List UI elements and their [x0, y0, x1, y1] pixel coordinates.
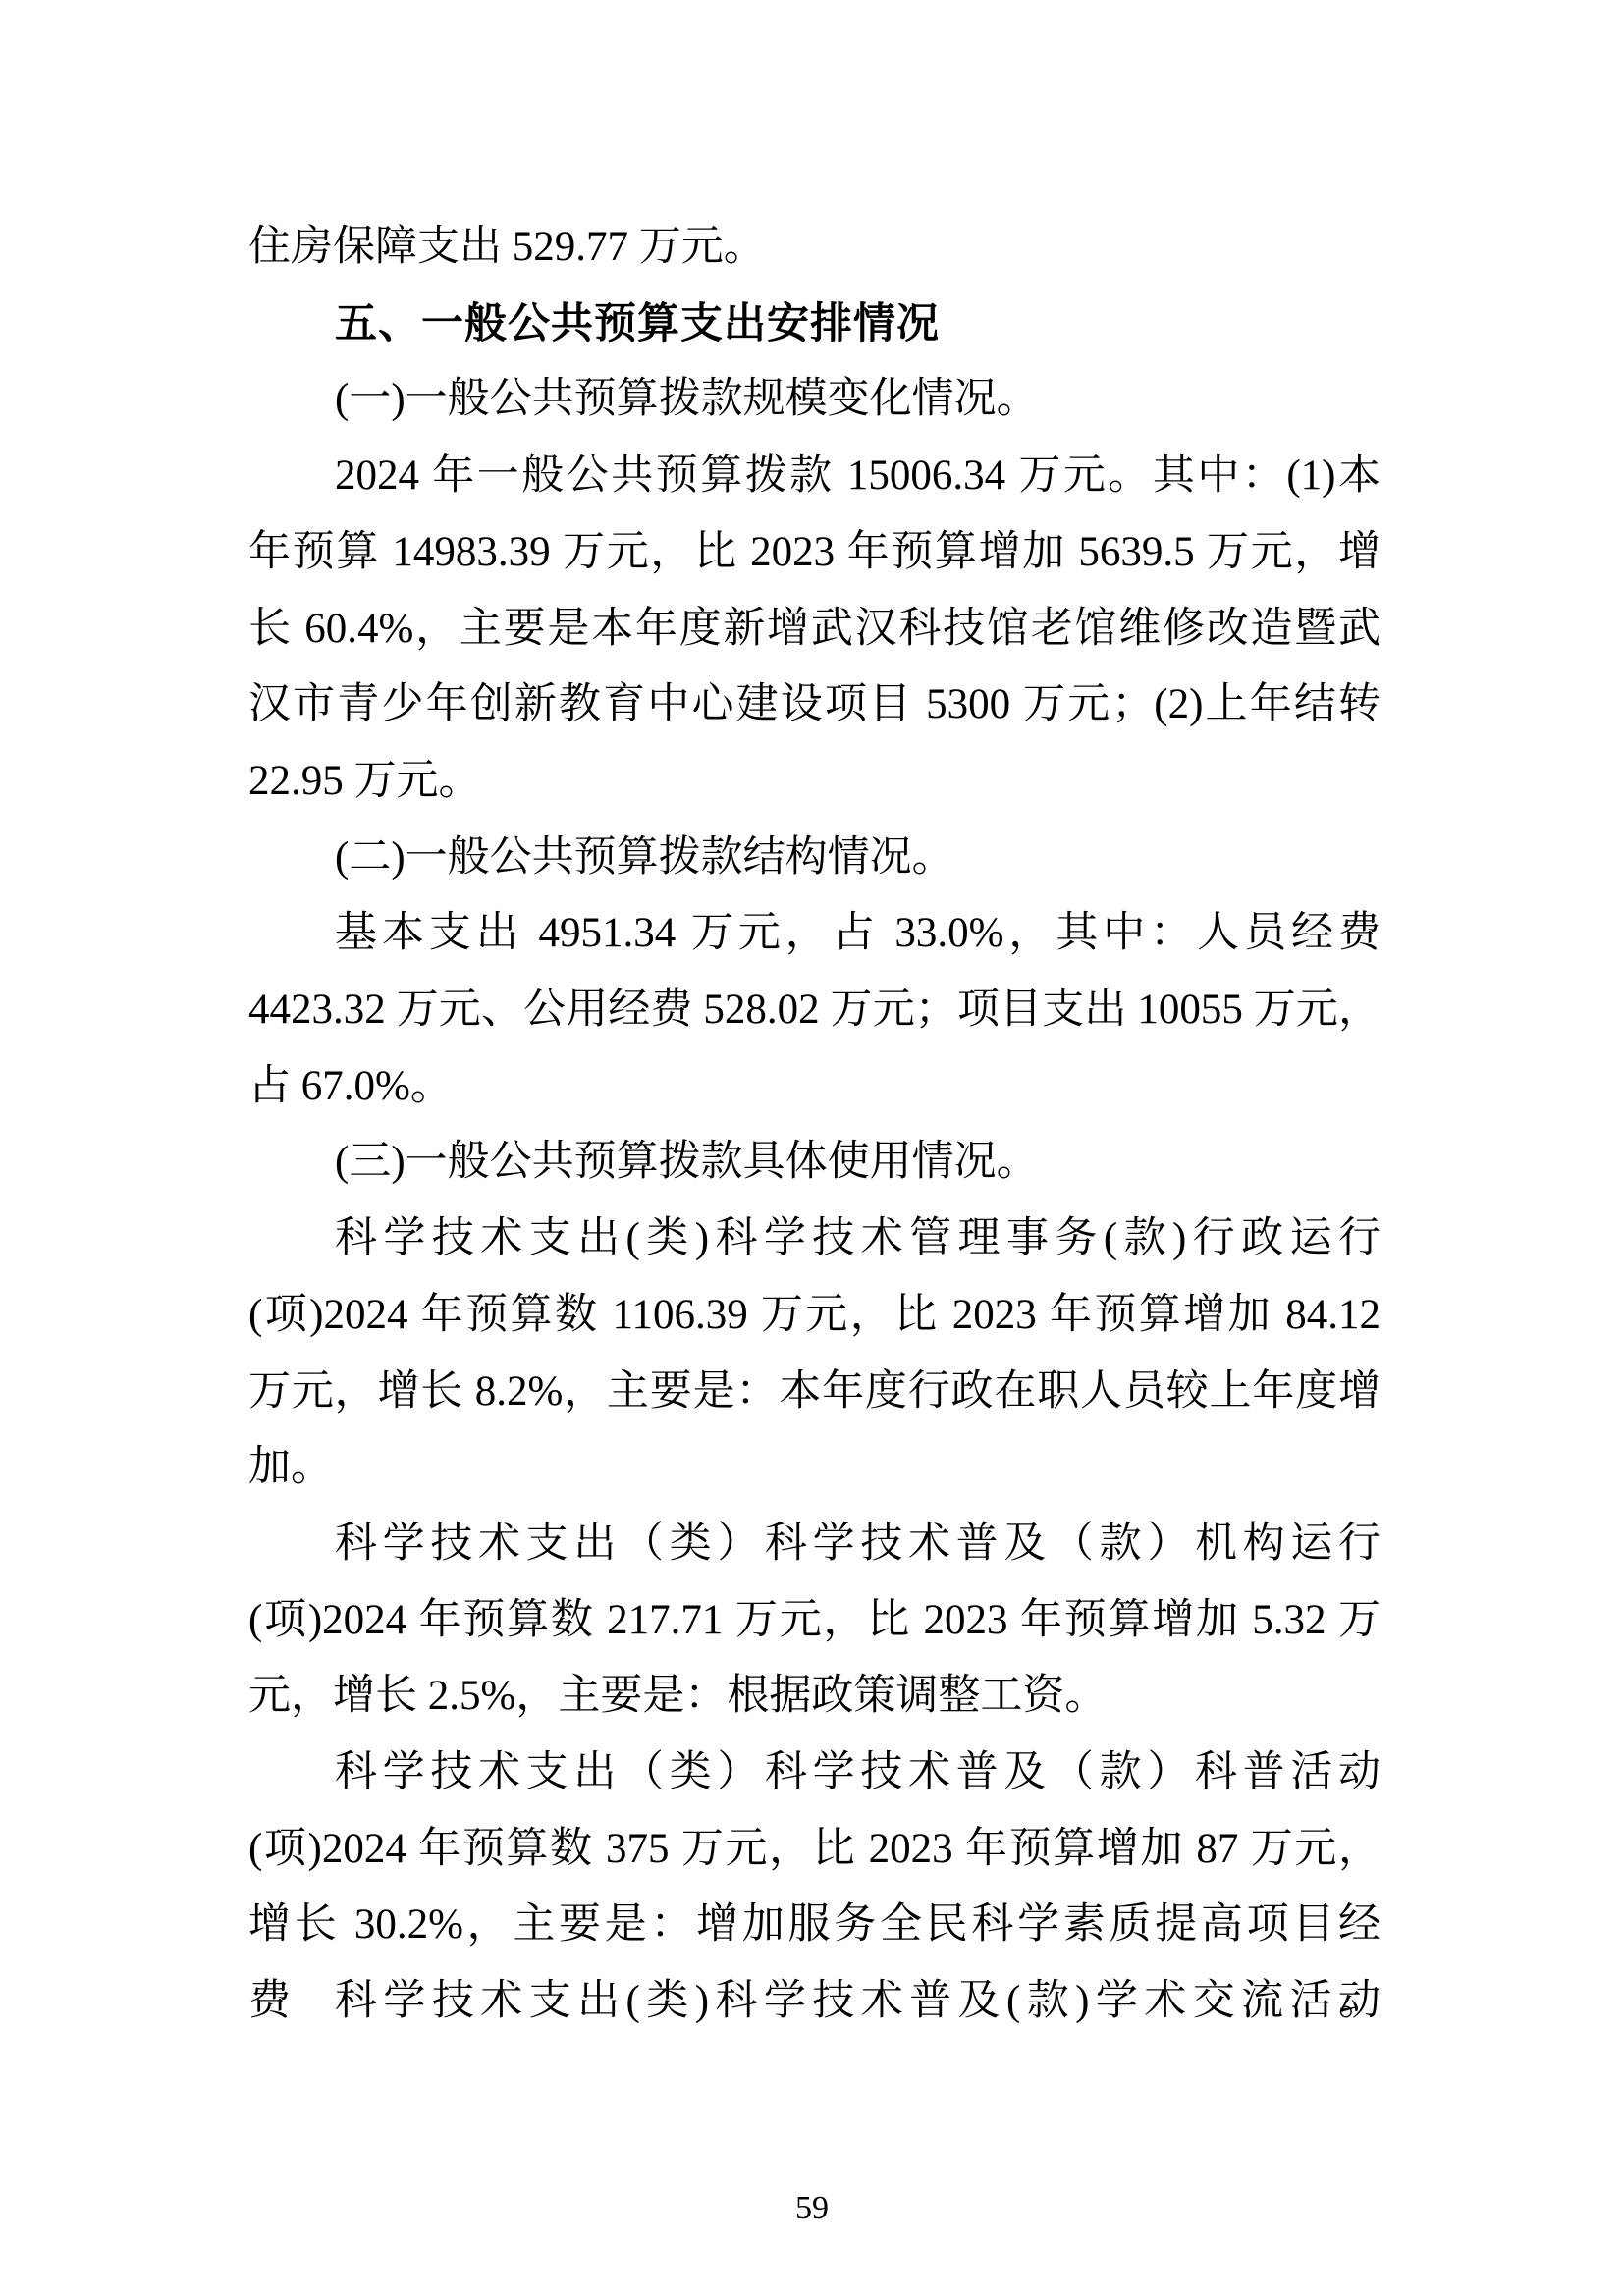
text-line: 22.95 万元。	[248, 743, 1380, 820]
text-line: 基本支出 4951.34 万元，占 33.0%，其中：人员经费	[248, 895, 1380, 972]
text-line: 占 67.0%。	[248, 1048, 1380, 1125]
section-heading: 五、一般公共预算支出安排情况	[248, 286, 1380, 362]
text-line: (项)2024 年预算数 217.71 万元，比 2023 年预算增加 5.32…	[248, 1582, 1380, 1659]
text-line: 万元，增长 8.2%，主要是：本年度行政在职人员较上年度增	[248, 1354, 1380, 1430]
text-line: (一)一般公共预算拨款规模变化情况。	[248, 361, 1380, 438]
text-line: 住房保障支出 529.77 万元。	[248, 209, 1380, 286]
text-line: 科学技术支出(类)科学技术管理事务(款)行政运行	[248, 1201, 1380, 1277]
document-page: 住房保障支出 529.77 万元。五、一般公共预算支出安排情况(一)一般公共预算…	[0, 0, 1624, 2296]
text-line: 科学技术支出（类）科学技术普及（款）机构运行	[248, 1506, 1380, 1582]
text-line: 4423.32 万元、公用经费 528.02 万元；项目支出 10055 万元，	[248, 972, 1380, 1048]
text-line: (二)一般公共预算拨款结构情况。	[248, 820, 1380, 896]
text-line: 2024 年一般公共预算拨款 15006.34 万元。其中：(1)本	[248, 438, 1380, 514]
text-line: 加。	[248, 1429, 1380, 1506]
text-line: 科学技术支出（类）科学技术普及（款）科普活动	[248, 1735, 1380, 1811]
text-line: 年预算 14983.39 万元，比 2023 年预算增加 5639.5 万元，增	[248, 514, 1380, 591]
text-line: (三)一般公共预算拨款具体使用情况。	[248, 1124, 1380, 1201]
text-line: 长 60.4%，主要是本年度新增武汉科技馆老馆维修改造暨武	[248, 591, 1380, 667]
text-line: (项)2024 年预算数 375 万元，比 2023 年预算增加 87 万元，	[248, 1811, 1380, 1888]
text-line: 汉市青少年创新教育中心建设项目 5300 万元；(2)上年结转	[248, 667, 1380, 743]
text-line: 增长 30.2%，主要是：增加服务全民科学素质提高项目经费。	[248, 1887, 1380, 1963]
page-number: 59	[0, 2184, 1624, 2233]
text-line: 科学技术支出(类)科学技术普及(款)学术交流活动	[248, 1963, 1380, 2040]
text-line: 元，增长 2.5%，主要是：根据政策调整工资。	[248, 1658, 1380, 1735]
text-line: (项)2024 年预算数 1106.39 万元，比 2023 年预算增加 84.…	[248, 1277, 1380, 1354]
